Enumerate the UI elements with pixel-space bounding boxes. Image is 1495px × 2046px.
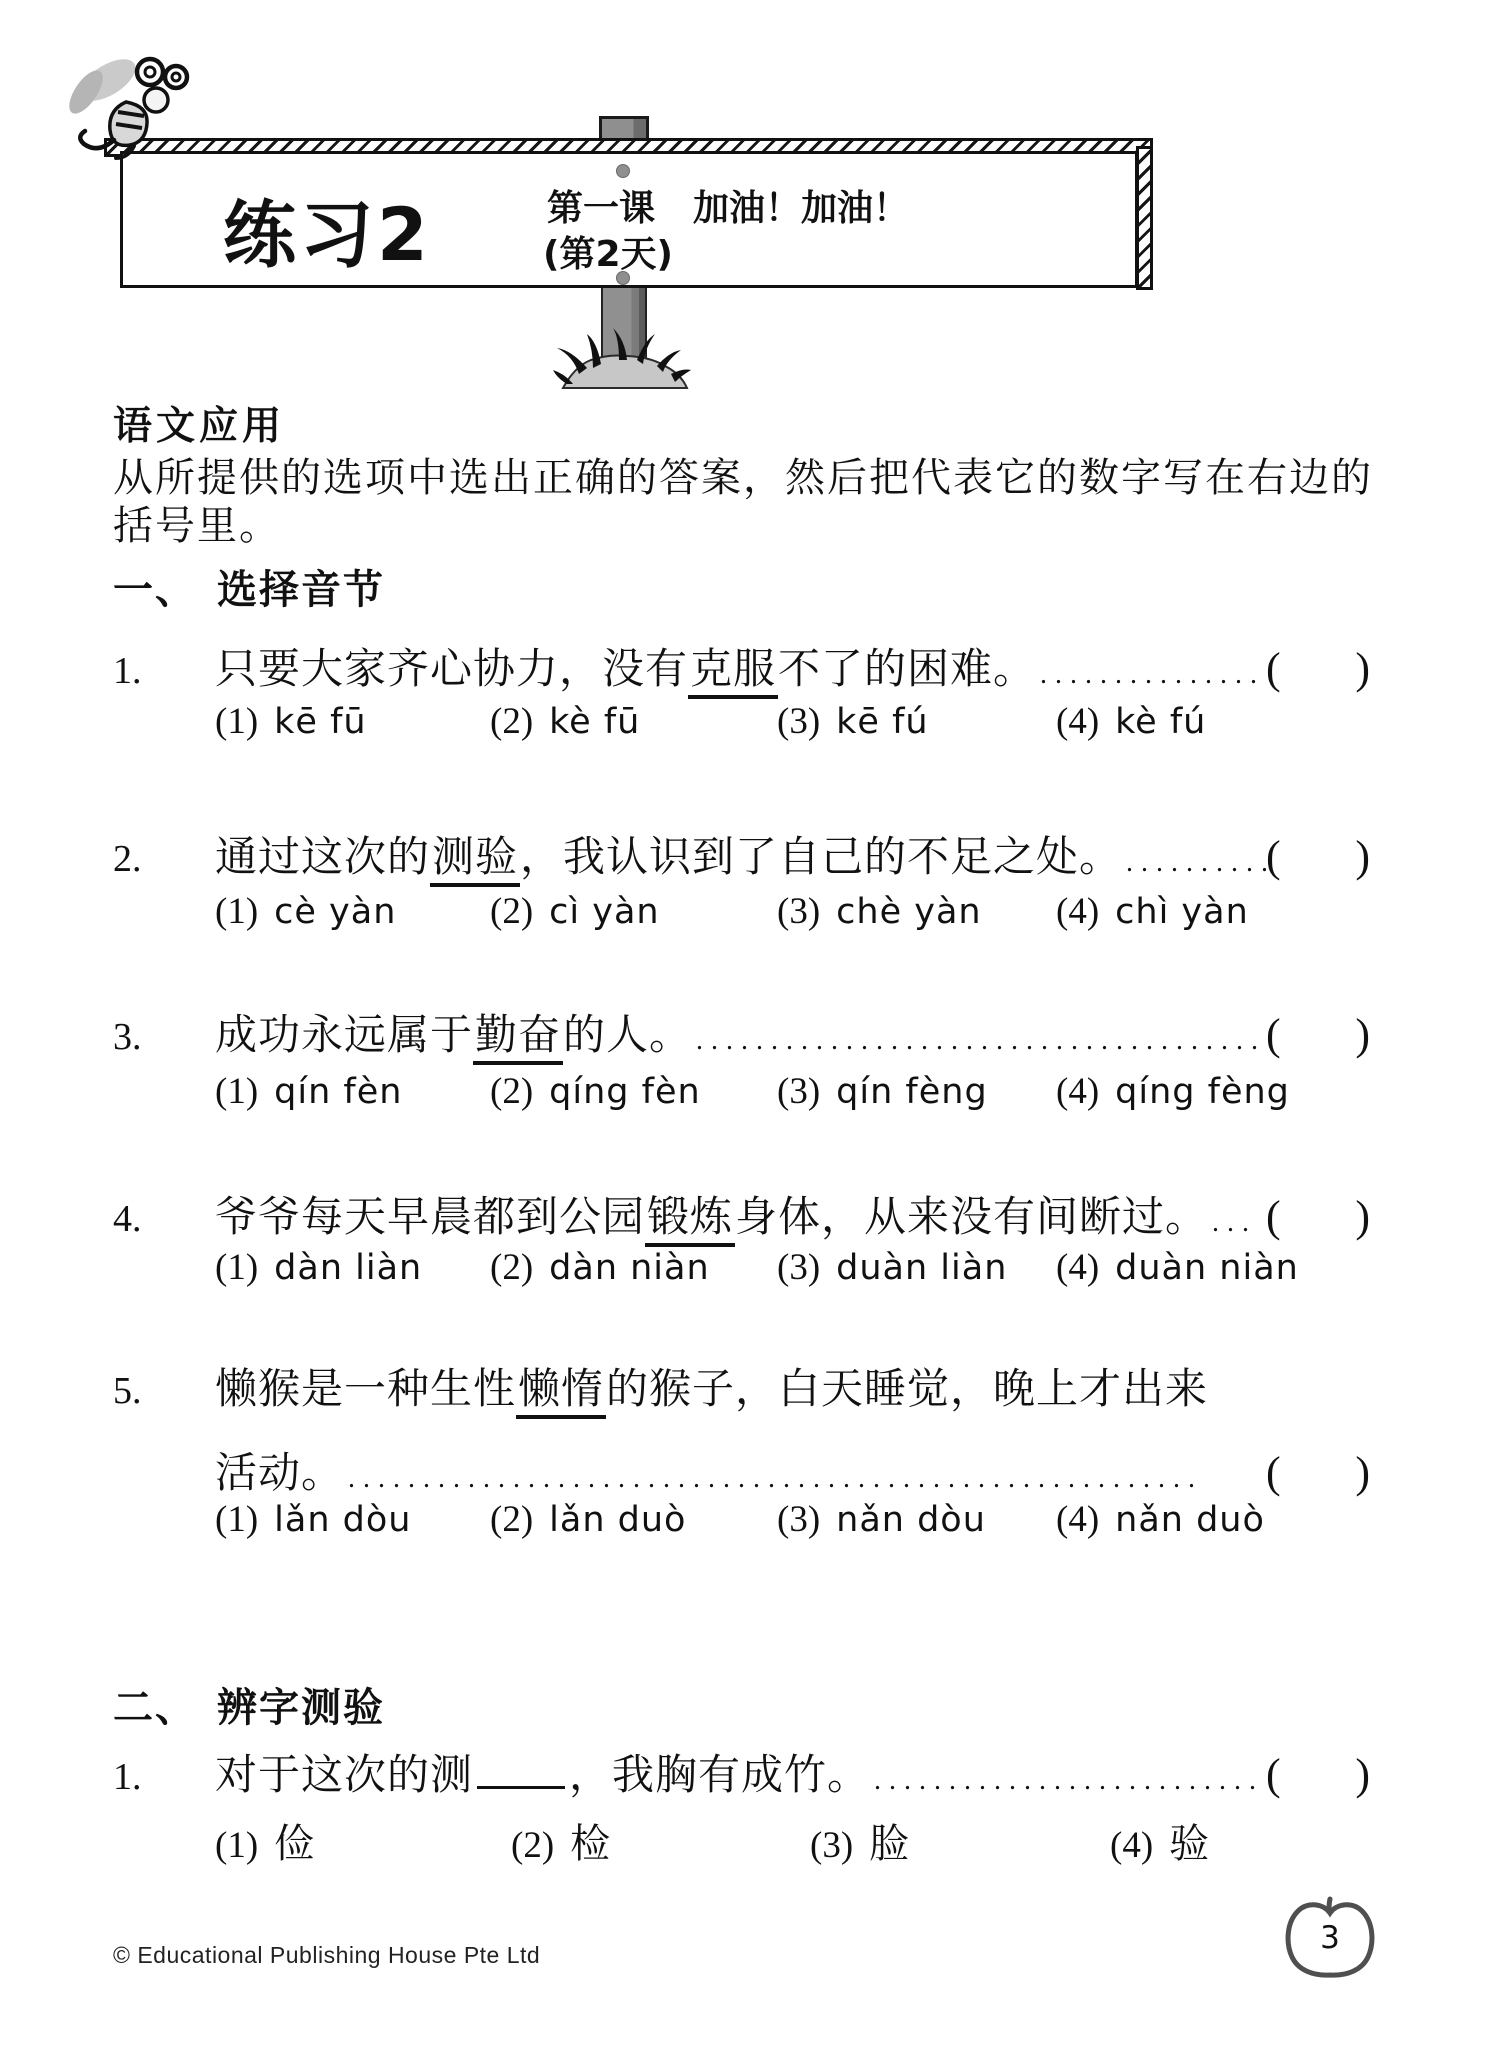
option-number: (1) [215,700,258,743]
answer-paren-open: ( [1266,1749,1281,1800]
option-text: qíng fèn [549,1072,701,1112]
question-text: 懒猴是一种生性懒惰的猴子，白天睡觉，晚上才出来 [215,1356,1208,1416]
answer-paren-open: ( [1266,1191,1281,1242]
page-number-badge: 3 [1283,1896,1377,1980]
option: (1)qín fèn [215,1070,490,1113]
answer-parens: () [1266,831,1370,882]
footer-copyright: © Educational Publishing House Pte Ltd [113,1942,540,1969]
option-number: (2) [490,1246,533,1289]
option: (2)qíng fèn [490,1070,777,1113]
option-text: chè yàn [836,892,981,932]
option: (2)检 [511,1812,810,1869]
underlined-word: 懒惰 [516,1367,606,1419]
signpost-right-edge [1136,146,1153,290]
options-row: (1)lǎn dòu (2)lǎn duò (3)nǎn dòu (4)nǎn … [215,1498,1265,1541]
option: (1)dàn liàn [215,1246,490,1289]
question-5-line1: 5. 懒猴是一种生性懒惰的猴子，白天睡觉，晚上才出来 [113,1356,1370,1416]
option-text: lǎn duò [549,1500,686,1540]
option: (2)lǎn duò [490,1498,777,1541]
answer-paren-close: ) [1355,1749,1370,1800]
question-text-post: 不了的困难。 [778,647,1036,693]
options-row: (1)qín fèn (2)qíng fèn (3)qín fèng (4)qí… [215,1070,1290,1113]
option: (1)lǎn dòu [215,1498,490,1541]
option-number: (4) [1056,1246,1099,1289]
lesson-title: 第一课 加油！加油！ [547,180,909,231]
answer-paren-close: ) [1355,1009,1370,1060]
option-number: (3) [777,1070,820,1113]
option: (2)kè fū [490,700,777,743]
intro-instructions-line2: 括号里。 [113,494,281,551]
section-one-title: 选择音节 [217,558,385,615]
option: (3)qín fèng [777,1070,1056,1113]
option-text: kē fū [274,702,366,742]
section-two-title: 辨字测验 [217,1676,385,1733]
underlined-word: 测验 [430,835,520,887]
section-one-heading: 一、 选择音节 [113,558,385,615]
answer-paren-close: ) [1355,1447,1370,1498]
options-row: (1)dàn liàn (2)dàn niàn (3)duàn liàn (4)… [215,1246,1299,1289]
question-text-pre: 成功永远属于 [215,1013,473,1059]
question-text-pre: 爷爷每天早晨都到公园 [215,1195,645,1241]
option: (2)cì yàn [490,890,777,933]
answer-paren-close: ) [1355,643,1370,694]
question-text-post: 身体，从来没有间断过。 [735,1195,1208,1241]
question-text-post: ，我胸有成竹。 [569,1753,870,1799]
question-4: 4. 爷爷每天早晨都到公园锻炼身体，从来没有间断过。 ... () [113,1184,1370,1244]
options-row: (1)俭 (2)检 (3)脸 (4)验 [215,1812,1210,1869]
question-text-post: 的人。 [563,1013,692,1059]
option: (1)kē fū [215,700,490,743]
option-number: (2) [490,1498,533,1541]
answer-paren-open: ( [1266,1009,1281,1060]
question-number: 3. [113,1015,215,1059]
section-two-number: 二、 [113,1676,197,1733]
option: (4)nǎn duò [1056,1498,1265,1541]
option-number: (3) [777,700,820,743]
answer-parens: () [1266,1009,1370,1060]
answer-parens: () [1266,643,1370,694]
intro-heading: 语文应用 [113,395,285,451]
question-text-post: ，我认识到了自己的不足之处。 [520,835,1122,881]
question-text: 爷爷每天早晨都到公园锻炼身体，从来没有间断过。 [215,1184,1208,1244]
answer-parens: () [1266,1191,1370,1242]
underlined-word: 勤奋 [473,1013,563,1065]
option-text: kè fú [1115,702,1206,742]
option-number: (1) [215,1824,258,1867]
option-text: kè fū [549,702,640,742]
option-number: (2) [511,1824,554,1867]
option-text: dàn niàn [549,1248,710,1288]
option-text: duàn liàn [836,1248,1007,1288]
underlined-word: 锻炼 [645,1195,735,1247]
option-text: nǎn dòu [836,1500,986,1540]
lesson-day: (第2天) [543,226,673,277]
option: (4)qíng fèng [1056,1070,1290,1113]
option: (3)duàn liàn [777,1246,1056,1289]
fill-blank [477,1782,565,1789]
option-number: (4) [1056,890,1099,933]
answer-paren-open: ( [1266,831,1281,882]
worksheet-page: 练习2 第一课 加油！加油！ (第2天) 语文应用 从所提供的选项中选出正确的答… [0,0,1495,2046]
dot-leader: ........................................… [344,1463,1266,1495]
question-text: 活动。 [215,1440,344,1500]
dot-leader: .......... [1122,847,1266,879]
question-text: 通过这次的测验，我认识到了自己的不足之处。 [215,824,1122,884]
exercise-title: 练习2 [223,176,432,281]
dot-leader: ... [1208,1207,1266,1239]
question-number: 4. [113,1197,215,1241]
option-number: (2) [490,890,533,933]
option-text: lǎn dòu [274,1500,411,1540]
option-number: (4) [1056,1498,1099,1541]
answer-parens: () [1266,1749,1370,1800]
question-5-line2: 活动。 ....................................… [113,1440,1370,1500]
option: (4)chì yàn [1056,890,1249,933]
question-text-pre: 懒猴是一种生性 [215,1367,516,1413]
option-text: 验 [1169,1812,1210,1869]
option-number: (3) [777,1246,820,1289]
option-number: (1) [215,1498,258,1541]
page-number: 3 [1283,1920,1377,1956]
question-text-pre: 通过这次的 [215,835,430,881]
question-1: 1. 只要大家齐心协力，没有克服不了的困难。 ............... (… [113,636,1370,696]
intro-instructions-line1: 从所提供的选项中选出正确的答案，然后把代表它的数字写在右边的 [113,446,1373,503]
option: (1)俭 [215,1812,511,1869]
option: (2)dàn niàn [490,1246,777,1289]
nail-icon [616,271,630,285]
answer-parens: () [1266,1447,1370,1498]
option: (3)chè yàn [777,890,1056,933]
option: (3)kē fú [777,700,1056,743]
option-text: chì yàn [1115,892,1249,932]
option: (1)cè yàn [215,890,490,933]
options-row: (1)kē fū (2)kè fū (3)kē fú (4)kè fú [215,700,1206,743]
answer-paren-close: ) [1355,831,1370,882]
option-number: (4) [1110,1824,1153,1867]
option-text: qín fèng [836,1072,988,1112]
option-text: qíng fèng [1115,1072,1290,1112]
option-text: dàn liàn [274,1248,422,1288]
question-text: 成功永远属于勤奋的人。 [215,1002,692,1062]
dot-leader: ............... [1036,659,1266,691]
answer-paren-open: ( [1266,643,1281,694]
option-text: duàn niàn [1115,1248,1299,1288]
option-text: qín fèn [274,1072,402,1112]
option-number: (4) [1056,700,1099,743]
option-text: kē fú [836,702,928,742]
option-text: 俭 [274,1812,315,1869]
answer-paren-close: ) [1355,1191,1370,1242]
option: (4)duàn niàn [1056,1246,1299,1289]
section-two-question-1: 1. 对于这次的测，我胸有成竹。 .......................… [113,1742,1370,1802]
question-number: 1. [113,1755,215,1799]
answer-paren-open: ( [1266,1447,1281,1498]
option-number: (4) [1056,1070,1099,1113]
option: (3)脸 [810,1812,1110,1869]
option-number: (2) [490,700,533,743]
dot-leader: .......................... [870,1765,1266,1797]
option-text: 脸 [869,1812,910,1869]
question-number: 5. [113,1369,215,1413]
option-number: (1) [215,1246,258,1289]
option: (4)kè fú [1056,700,1206,743]
section-one-number: 一、 [113,558,197,615]
question-text-post: 的猴子，白天睡觉，晚上才出来 [606,1367,1208,1413]
dot-leader: ........................................… [692,1025,1266,1057]
question-text-pre: 对于这次的测 [215,1753,473,1799]
option: (4)验 [1110,1812,1210,1869]
question-text: 对于这次的测，我胸有成竹。 [215,1742,870,1802]
question-3: 3. 成功永远属于勤奋的人。 .........................… [113,1002,1370,1062]
option-number: (3) [777,1498,820,1541]
underlined-word: 克服 [688,647,778,699]
option-text: nǎn duò [1115,1500,1265,1540]
grass-illustration [553,326,693,392]
question-2: 2. 通过这次的测验，我认识到了自己的不足之处。 .......... () [113,824,1370,884]
option-text: cì yàn [549,892,659,932]
option-text: cè yàn [274,892,396,932]
option: (3)nǎn dòu [777,1498,1056,1541]
question-text-pre: 只要大家齐心协力，没有 [215,647,688,693]
option-number: (3) [777,890,820,933]
question-number: 2. [113,837,215,881]
option-number: (2) [490,1070,533,1113]
option-number: (1) [215,890,258,933]
lesson-name: 加油！加油！ [693,180,909,231]
question-number: 1. [113,649,215,693]
bee-illustration [64,46,196,164]
lesson-number: 第一课 [547,180,655,231]
option-number: (1) [215,1070,258,1113]
option-number: (3) [810,1824,853,1867]
option-text: 检 [570,1812,611,1869]
section-two-heading: 二、 辨字测验 [113,1676,385,1733]
question-text: 只要大家齐心协力，没有克服不了的困难。 [215,636,1036,696]
options-row: (1)cè yàn (2)cì yàn (3)chè yàn (4)chì yà… [215,890,1249,933]
nail-icon [616,164,630,178]
